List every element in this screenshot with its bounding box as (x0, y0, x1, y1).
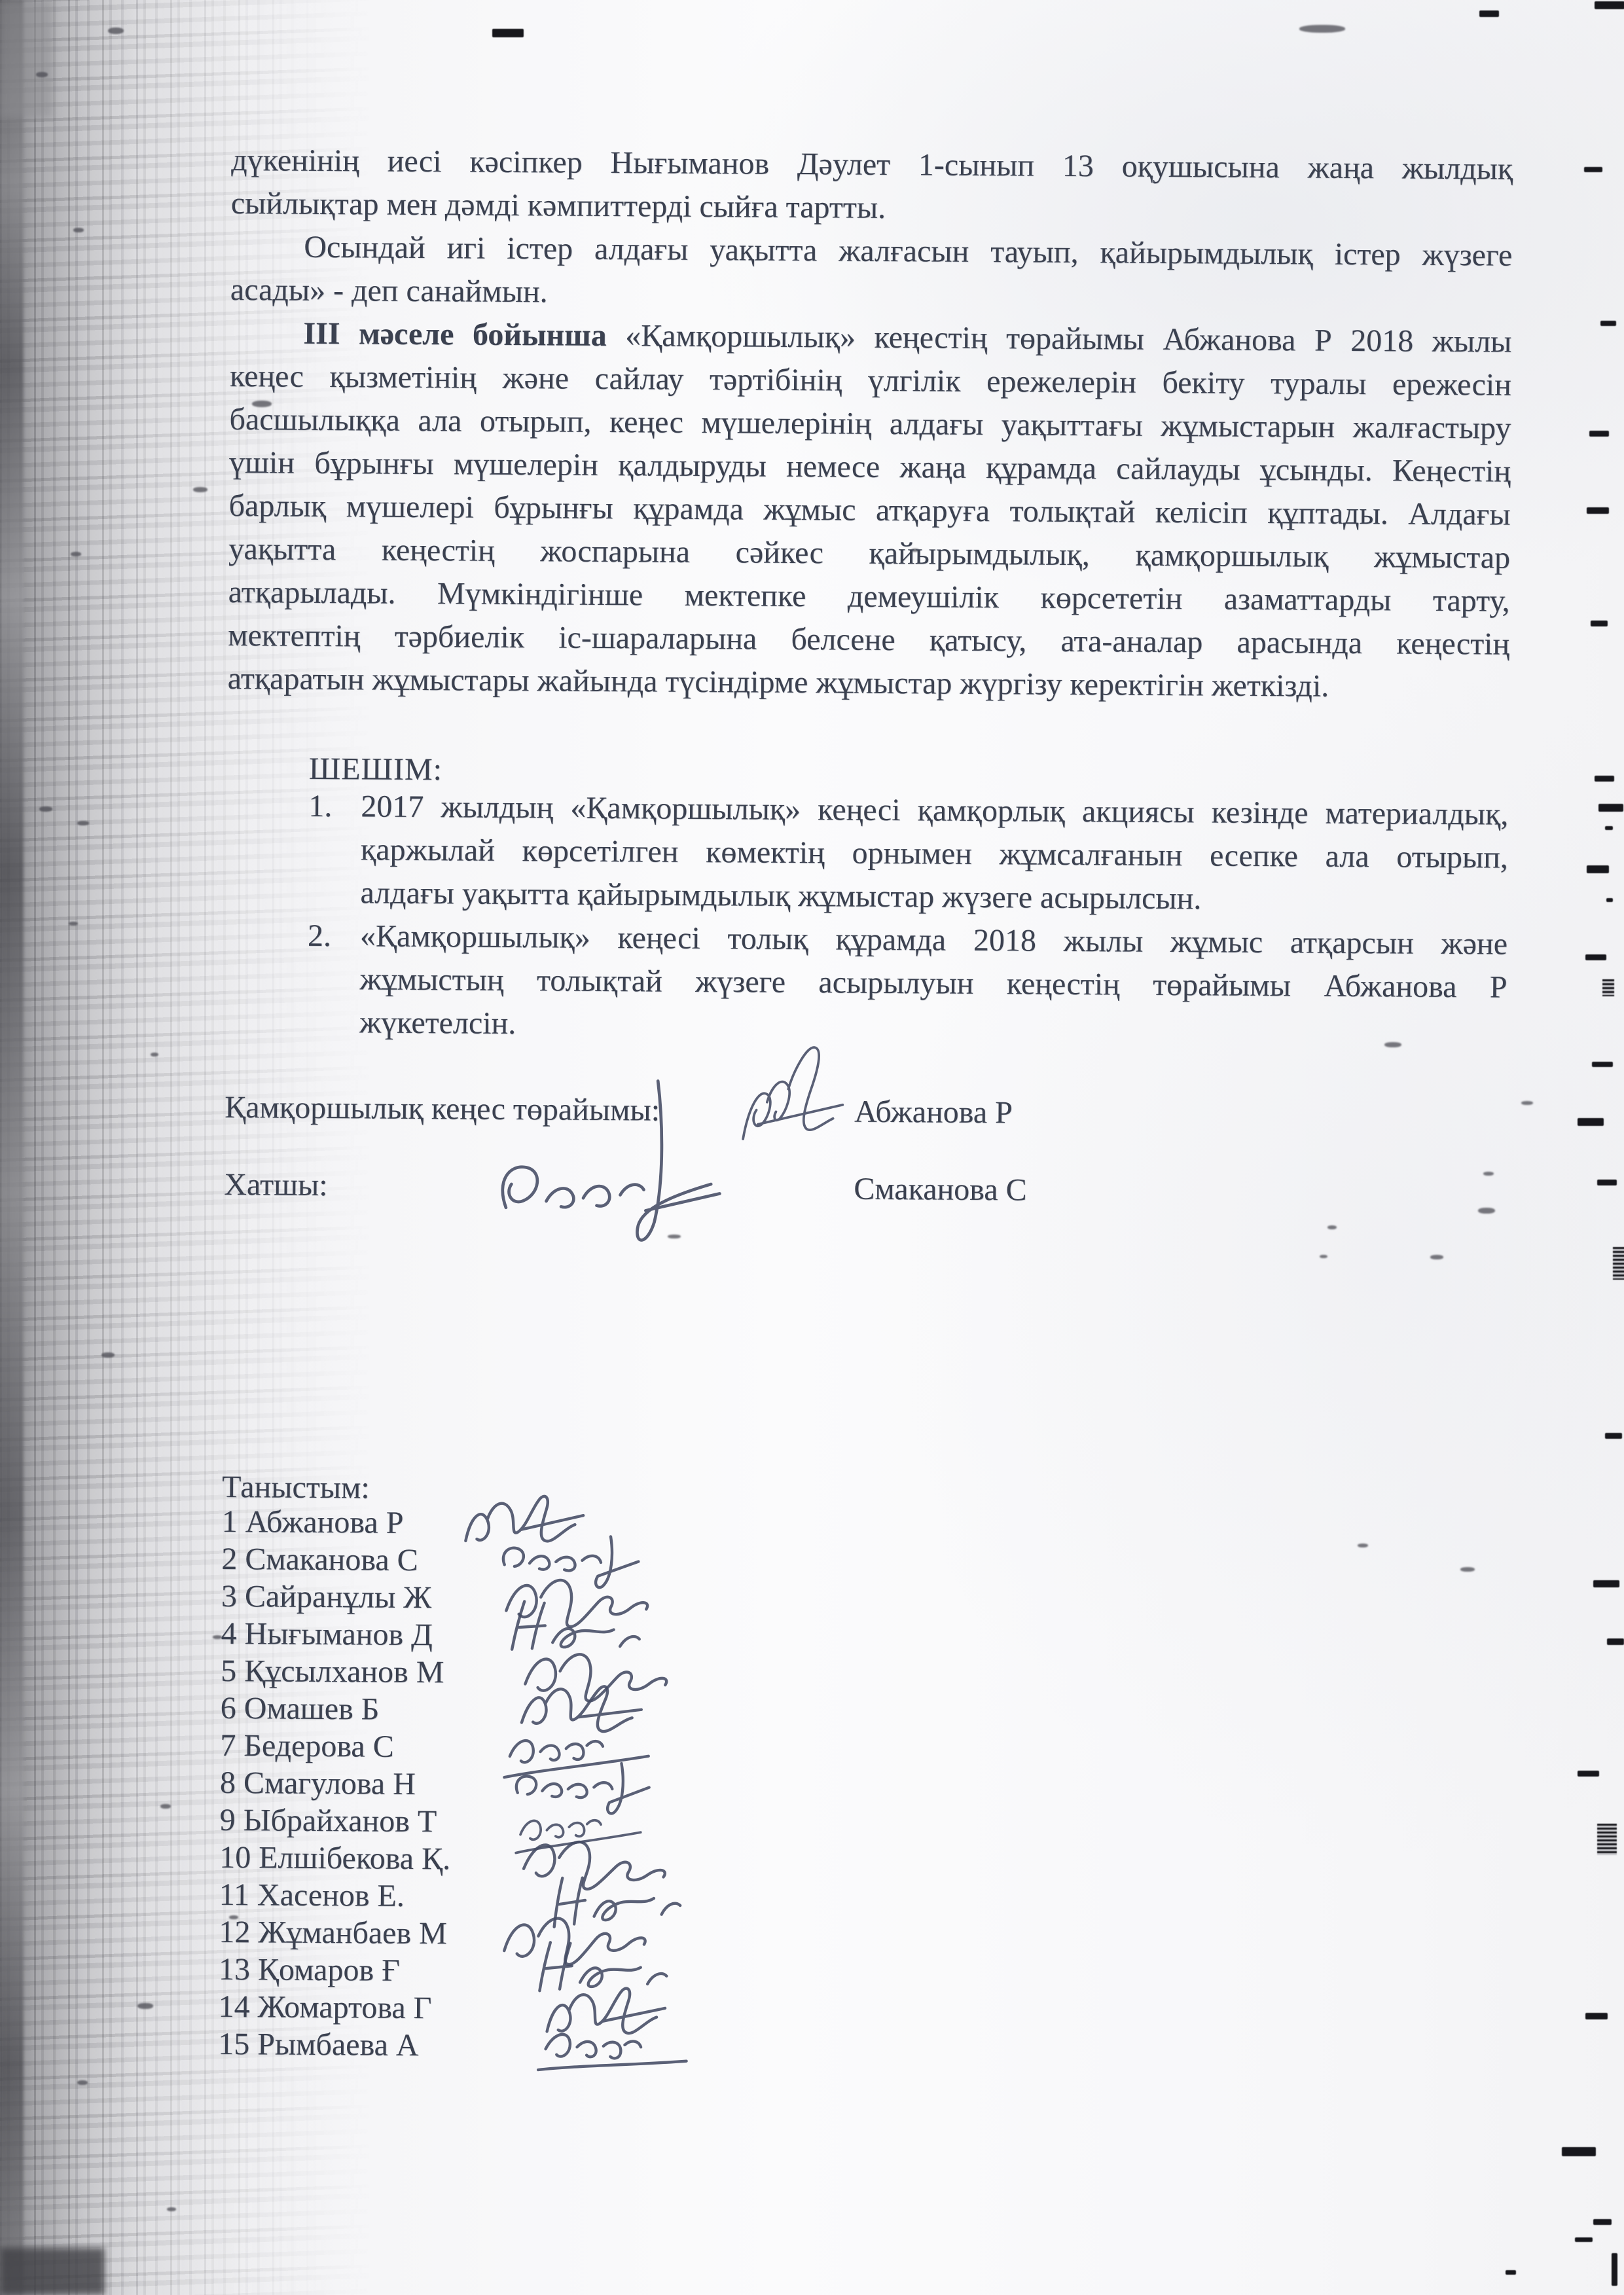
member-number: 9 (219, 1801, 235, 1839)
scan-artifact-speck (101, 1352, 115, 1358)
scan-artifact-dash (1612, 2253, 1617, 2286)
resolution-list: 1.2017 жылдың «Қамқоршылық» кеңесі қамқо… (307, 785, 1509, 1053)
member-number: 15 (218, 2025, 249, 2063)
scan-artifact-dash (1593, 1580, 1619, 1587)
signoff-row-chairwoman: Қамқоршылық кеңес төрайымы: Абжанова Р (225, 1088, 1506, 1143)
scan-artifact-dash (1605, 1433, 1622, 1439)
scan-artifact-speck (77, 821, 89, 825)
member-name: Смагулова Н (236, 1765, 416, 1801)
scan-artifact-dash (1605, 826, 1613, 830)
scan-artifact-speck (73, 228, 84, 232)
resolution-item-number: 2. (308, 914, 331, 958)
scan-artifact-left-edge (0, 0, 24, 2295)
scan-artifact-dash (1506, 2270, 1516, 2275)
scan-artifact-dash (1597, 1180, 1617, 1185)
member-number: 3 (221, 1578, 237, 1615)
scanned-document-page: дүкенінің иесі кәсіпкер Нығыманов Дәулет… (0, 0, 1624, 2295)
scan-artifact-hatch (1602, 979, 1614, 996)
scan-artifact-dash (1606, 898, 1613, 902)
signoff-name: Смаканова С (854, 1170, 1027, 1210)
scan-artifact-dash (1591, 621, 1608, 626)
body-text-line: жұмыстың толықтай жүзеге асырылуын кеңес… (359, 958, 1507, 1009)
scan-artifact-dash (1598, 804, 1623, 812)
chairwoman-signature (727, 1036, 865, 1168)
resolution-item-number: 1. (308, 785, 332, 828)
scan-artifact-speck (151, 1053, 158, 1057)
member-number: 10 (219, 1839, 251, 1876)
resolution-item: 2.«Қамқоршылық» кеңесі толық құрамда 201… (307, 914, 1507, 1053)
document-content: дүкенінің иесі кәсіпкер Нығыманов Дәулет… (217, 0, 1514, 2235)
ack-member-row: 15 Рымбаева А (218, 2025, 1069, 2069)
member-name: Хасенов Е. (249, 1877, 405, 1913)
member-name: Сайранұлы Ж (237, 1579, 432, 1615)
ack-member-list: 1 Абжанова Р2 Смаканова С3 Сайранұлы Ж4 … (218, 1503, 1073, 2069)
ack-title: Таныстым: (222, 1468, 370, 1507)
scan-artifact-speck (193, 487, 208, 492)
scan-artifact-speck (1521, 1101, 1533, 1105)
member-number: 13 (219, 1951, 250, 1988)
member-name: Нығыманов Д (236, 1616, 433, 1652)
member-name: Омашев Б (236, 1691, 380, 1727)
body-text-line: 2017 жылдың «Қамқоршылық» кеңесі қамқорл… (361, 785, 1508, 836)
member-name: Абжанова Р (238, 1504, 404, 1540)
member-name: Елшібекова Қ. (251, 1840, 450, 1876)
member-name: Қомаров Ғ (250, 1952, 400, 1988)
scan-artifact-speck (69, 922, 78, 926)
scan-artifact-dash (1585, 2013, 1608, 2019)
member-number: 8 (220, 1764, 236, 1801)
member-name: Рымбаева А (249, 2027, 419, 2063)
scan-artifact-dash (1592, 1062, 1613, 1067)
scan-artifact-hatch (1613, 1247, 1624, 1280)
member-number: 12 (219, 1913, 250, 1951)
signoff-row-secretary: Хатшы: Смаканова С (224, 1165, 1506, 1220)
scan-artifact-dash (1595, 776, 1614, 782)
body-text: дүкенінің иесі кәсіпкер Нығыманов Дәулет… (228, 139, 1513, 710)
member-name: Құсылханов М (236, 1653, 444, 1690)
member-signature (504, 2013, 757, 2096)
member-name: Смаканова С (237, 1542, 418, 1578)
scan-artifact-dash (1584, 167, 1602, 172)
scan-artifact-dash (1585, 954, 1606, 960)
secretary-signature (486, 1069, 742, 1254)
member-number: 4 (221, 1615, 236, 1652)
scan-artifact-dash (1575, 2237, 1593, 2242)
scan-artifact-speck (39, 806, 52, 812)
resolution-item: 1.2017 жылдың «Қамқоршылық» кеңесі қамқо… (308, 785, 1508, 923)
scan-artifact-dash (1589, 431, 1609, 437)
member-name: Жомартова Г (249, 1989, 431, 2025)
member-name: Ыбрайханов Т (235, 1803, 437, 1839)
scan-artifact-dash (1578, 1771, 1599, 1777)
scan-artifact-speck (167, 2207, 176, 2211)
scan-artifact-speck (108, 27, 124, 34)
body-text-line: жүкетелсін. (359, 1001, 1507, 1052)
scan-artifact-speck (77, 2080, 88, 2085)
resolution-item-text: 2017 жылдың «Қамқоршылық» кеңесі қамқорл… (360, 785, 1508, 922)
signoff-name: Абжанова Р (854, 1093, 1013, 1133)
body-text-line: атқаратын жұмыстары жайында түсіндірме ж… (228, 657, 1509, 710)
body-text-line: алдағы уақытта қайырымдылық жұмыстар жүз… (360, 871, 1507, 922)
scan-artifact-dash (1607, 1638, 1624, 1645)
signoff-label: Хатшы: (224, 1165, 328, 1205)
scan-artifact-dash (1578, 1118, 1604, 1126)
member-name: Бедерова С (236, 1728, 394, 1764)
resolution-item-text: «Қамқоршылық» кеңесі толық құрамда 2018 … (359, 914, 1507, 1052)
member-number: 1 (222, 1503, 238, 1540)
member-number: 7 (220, 1727, 236, 1764)
scan-artifact-hatch (1597, 1824, 1617, 1855)
body-text-line: қаржылай көрсетілген көмектің орнымен жұ… (361, 828, 1508, 879)
member-number: 6 (221, 1690, 236, 1727)
scan-artifact-dash (1587, 865, 1609, 873)
scan-artifact-dash (1562, 2147, 1596, 2156)
member-number: 14 (218, 1988, 249, 2025)
member-name: Жұманбаев М (250, 1915, 447, 1951)
scan-artifact-speck (160, 1804, 171, 1809)
scan-artifact-speck (137, 2003, 153, 2009)
scan-artifact-speck (36, 72, 48, 77)
scan-artifact-dash (1600, 321, 1616, 326)
body-text-line: «Қамқоршылық» кеңесі толық құрамда 2018 … (360, 914, 1507, 966)
scan-artifact-bottom-corner (0, 2248, 105, 2295)
member-number: 11 (219, 1876, 250, 1913)
scan-artifact-dash (1595, 1, 1624, 9)
resolution-heading: ШЕШІМ: (309, 751, 443, 787)
bold-emphasis: III мәселе бойынша (303, 316, 607, 353)
scan-artifact-top-corner (0, 0, 52, 118)
member-number: 2 (221, 1540, 237, 1578)
scan-artifact-dash (1593, 2219, 1612, 2225)
scan-artifact-speck (71, 552, 81, 556)
member-number: 5 (221, 1652, 236, 1690)
scan-artifact-dash (1587, 507, 1609, 514)
